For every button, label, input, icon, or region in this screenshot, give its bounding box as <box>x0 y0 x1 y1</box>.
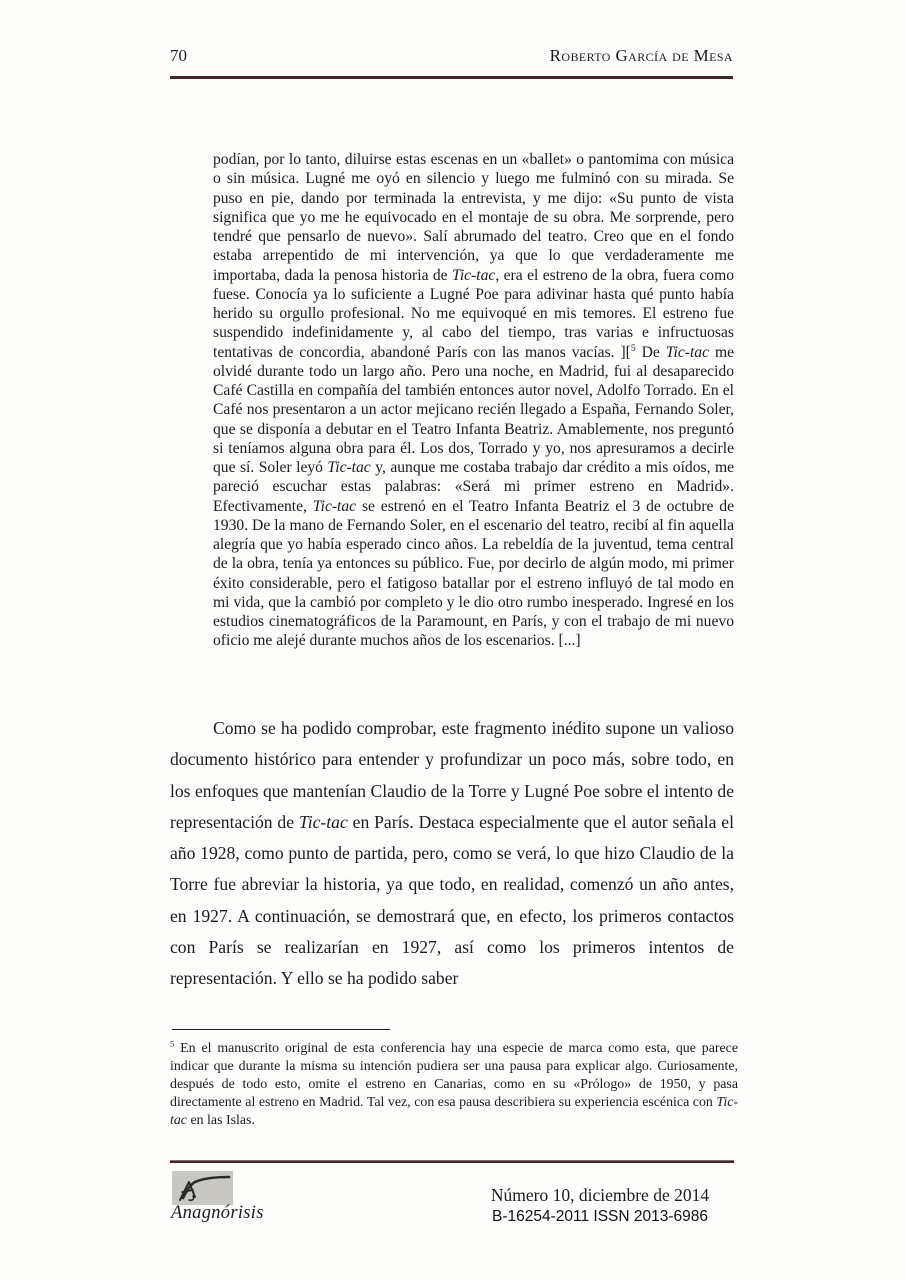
issue-number-date: Número 10, diciembre de 2014 <box>400 1184 800 1206</box>
footer-double-rule <box>170 1160 734 1163</box>
page-number: 70 <box>170 46 187 66</box>
journal-logo <box>172 1171 233 1205</box>
footnote-separator-rule <box>172 1029 390 1030</box>
deposit-issn: B-16254-2011 ISSN 2013-6986 <box>400 1206 800 1227</box>
page-header: 70 Roberto García de Mesa <box>170 46 733 66</box>
quill-letter-A-icon <box>172 1171 233 1205</box>
running-head-author: Roberto García de Mesa <box>550 46 733 66</box>
block-quote: podían, por lo tanto, diluirse estas esc… <box>213 150 734 651</box>
footer-issue-block: Número 10, diciembre de 2014 B-16254-201… <box>400 1184 800 1227</box>
header-double-rule <box>170 76 733 79</box>
journal-name: Anagnórisis <box>171 1203 264 1224</box>
footnote-5: 5 En el manuscrito original de esta conf… <box>170 1040 738 1130</box>
document-page: 70 Roberto García de Mesa podían, por lo… <box>0 0 906 1280</box>
body-paragraph: Como se ha podido comprobar, este fragme… <box>170 713 734 995</box>
